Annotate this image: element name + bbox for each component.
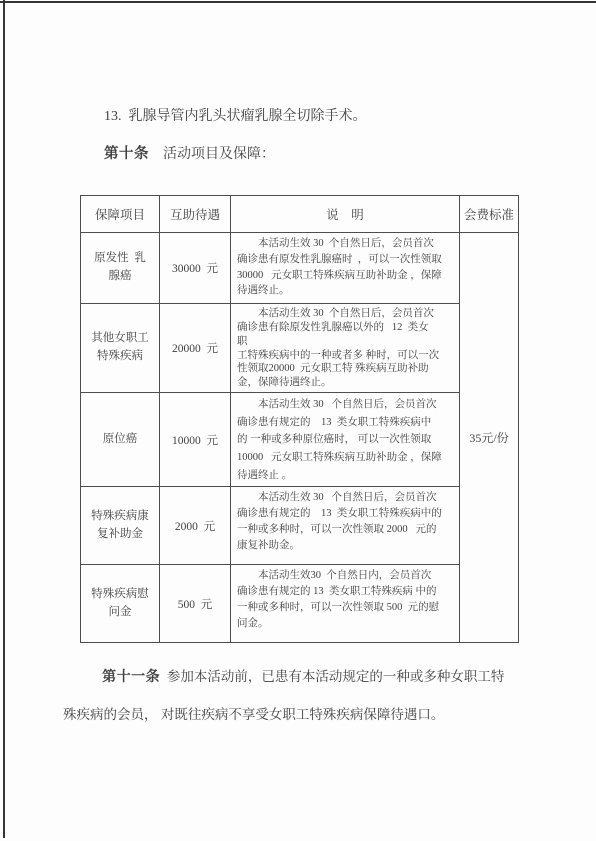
cell-description: 本活动生效 30 个自然日后，会员首次 确诊患有原发性乳腺癌时 ，可以一次性领取… [231, 233, 460, 304]
scan-border-top [0, 1, 596, 3]
cell-description: 本活动生效 30 个自然日后，会员首次 确诊患有规定的 13 类女职工特殊疾病中… [231, 487, 460, 565]
cell-benefit: 10000 元 [160, 393, 231, 487]
cell-benefit: 20000 元 [160, 304, 231, 393]
header-cell-item: 保障项目 [81, 196, 160, 233]
article-10-label: 第十条 [104, 146, 149, 162]
cell-benefit: 30000 元 [160, 233, 231, 304]
table-header-row: 保障项目 互助待遇 说 明 会费标准 [81, 196, 519, 233]
cell-benefit: 500 元 [160, 565, 231, 643]
cell-description: 本活动生效 30 个自然日后，会员首次 确诊患有规定的 13 类女职工特殊疾病中… [231, 393, 460, 487]
cell-item: 原发性 乳 腺癌 [81, 233, 160, 304]
document-page: 13. 乳腺导管内乳头状瘤乳腺全切除手术。 第十条活动项目及保障： 保障项目 互… [0, 0, 596, 841]
table-row: 特殊疾病康 复补助金 2000 元 本活动生效 30 个自然日后，会员首次 确诊… [81, 487, 519, 565]
cell-description: 本活动生效30 个自然日内，会员首次 确诊患有规定的 13 类女职工特殊疾病 中… [231, 565, 460, 643]
benefits-table: 保障项目 互助待遇 说 明 会费标准 原发性 乳 腺癌 30000 元 本活动生… [80, 195, 519, 643]
article-10-text: 活动项目及保障： [163, 147, 275, 162]
table-row: 特殊疾病慰 问金 500 元 本活动生效30 个自然日内，会员首次 确诊患有规定… [81, 565, 519, 643]
table-row: 原发性 乳 腺癌 30000 元 本活动生效 30 个自然日后，会员首次 确诊患… [81, 233, 519, 304]
article-11-paragraph: 第十一条 参加本活动前，已患有本活动规定的一种或多种女职工特 殊疾病的会员， 对… [63, 657, 563, 734]
article-11-label: 第十一条 [102, 668, 160, 684]
cell-item: 特殊疾病康 复补助金 [81, 487, 160, 565]
header-cell-fee: 会费标准 [460, 196, 519, 233]
article-10-heading: 第十条活动项目及保障： [104, 144, 275, 165]
scan-border-left [3, 0, 5, 838]
list-item-13: 13. 乳腺导管内乳头状瘤乳腺全切除手术。 [104, 107, 367, 127]
cell-description: 本活动生效 30 个自然日后，会员首次 确诊患有除原发性乳腺癌以外的 12 类女… [231, 304, 460, 393]
cell-benefit: 2000 元 [160, 487, 231, 565]
table-row: 原位癌 10000 元 本活动生效 30 个自然日后，会员首次 确诊患有规定的 … [81, 393, 519, 487]
cell-item: 原位癌 [81, 393, 160, 487]
header-cell-benefit: 互助待遇 [160, 196, 231, 233]
header-cell-description: 说 明 [231, 196, 460, 233]
fee-standard-cell: 35元/份 [460, 233, 519, 643]
cell-item: 其他女职工 特殊疾病 [81, 304, 160, 393]
cell-item: 特殊疾病慰 问金 [81, 565, 160, 643]
table-row: 其他女职工 特殊疾病 20000 元 本活动生效 30 个自然日后，会员首次 确… [81, 304, 519, 393]
